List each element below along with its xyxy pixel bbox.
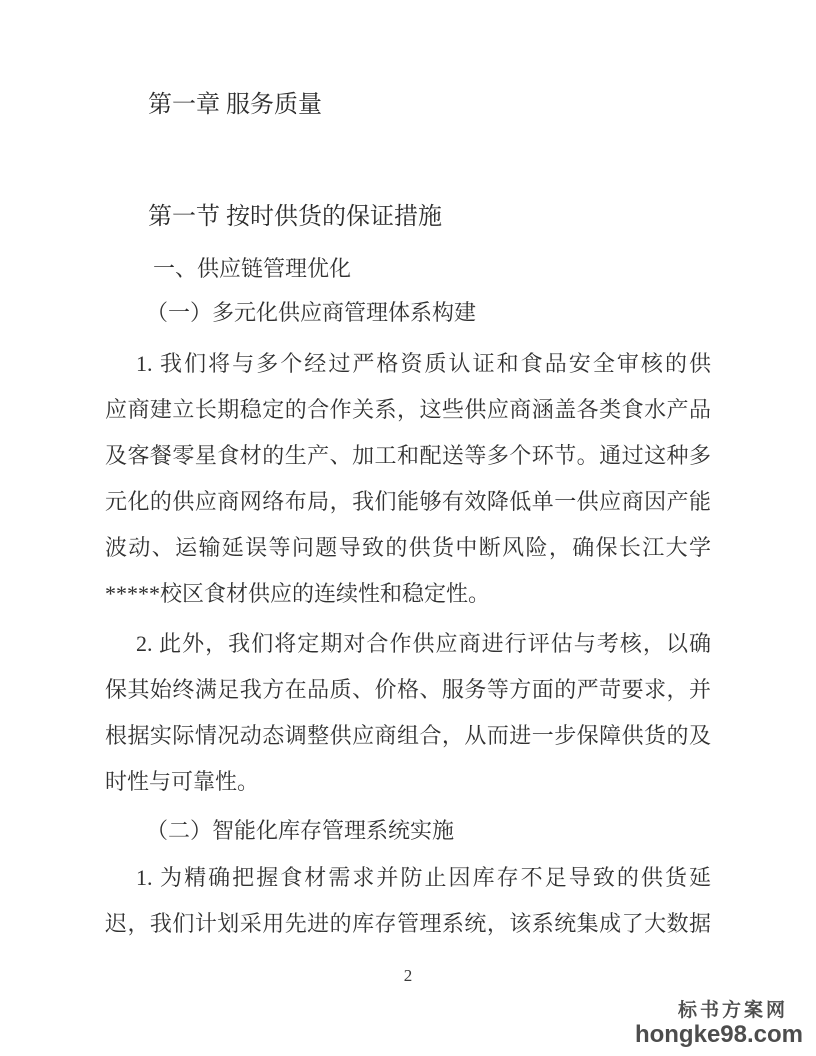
section-title: 第一节 按时供货的保证措施 bbox=[105, 204, 711, 231]
heading-inventory-system: （二）智能化库存管理系统实施 bbox=[105, 818, 711, 843]
heading-supplier-system: （一）多元化供应商管理体系构建 bbox=[105, 300, 711, 325]
heading-supply-chain: 一、供应链管理优化 bbox=[105, 256, 711, 281]
paragraph-evaluation-line-1: 2. 此外，我们将定期对合作供应商进行评估与考核，以确 bbox=[105, 631, 711, 656]
paragraph-supplier-line-1: 1. 我们将与多个经过严格资质认证和食品安全审核的供 bbox=[105, 351, 711, 376]
paragraph-inventory-line-1: 1. 为精确把握食材需求并防止因库存不足导致的供货延 bbox=[105, 865, 711, 890]
paragraph-supplier-line-6: *****校区食材供应的连续性和稳定性。 bbox=[105, 581, 711, 606]
paragraph-supplier-line-3: 及客餐零星食材的生产、加工和配送等多个环节。通过这种多 bbox=[105, 443, 711, 468]
paragraph-evaluation-line-2: 保其始终满足我方在品质、价格、服务等方面的严苛要求，并 bbox=[105, 677, 711, 702]
document-page: 第一章 服务质量 第一节 按时供货的保证措施 一、供应链管理优化 （一）多元化供… bbox=[0, 0, 816, 1056]
page-number: 2 bbox=[105, 966, 711, 986]
watermark-site-url: hongke98.com bbox=[635, 1022, 803, 1047]
paragraph-supplier-line-5: 波动、运输延误等问题导致的供货中断风险，确保长江大学 bbox=[105, 535, 711, 560]
chapter-title: 第一章 服务质量 bbox=[105, 92, 711, 119]
paragraph-supplier-line-2: 应商建立长期稳定的合作关系，这些供应商涵盖各类食水产品 bbox=[105, 397, 711, 422]
watermark-site-name: 标书方案网 bbox=[635, 1000, 788, 1022]
watermark: 标书方案网 hongke98.com bbox=[635, 1000, 803, 1047]
paragraph-inventory-line-2: 迟，我们计划采用先进的库存管理系统，该系统集成了大数据 bbox=[105, 911, 711, 936]
paragraph-evaluation-line-3: 根据实际情况动态调整供应商组合，从而进一步保障供货的及 bbox=[105, 723, 711, 748]
paragraph-evaluation-line-4: 时性与可靠性。 bbox=[105, 769, 711, 794]
paragraph-supplier-line-4: 元化的供应商网络布局，我们能够有效降低单一供应商因产能 bbox=[105, 489, 711, 514]
